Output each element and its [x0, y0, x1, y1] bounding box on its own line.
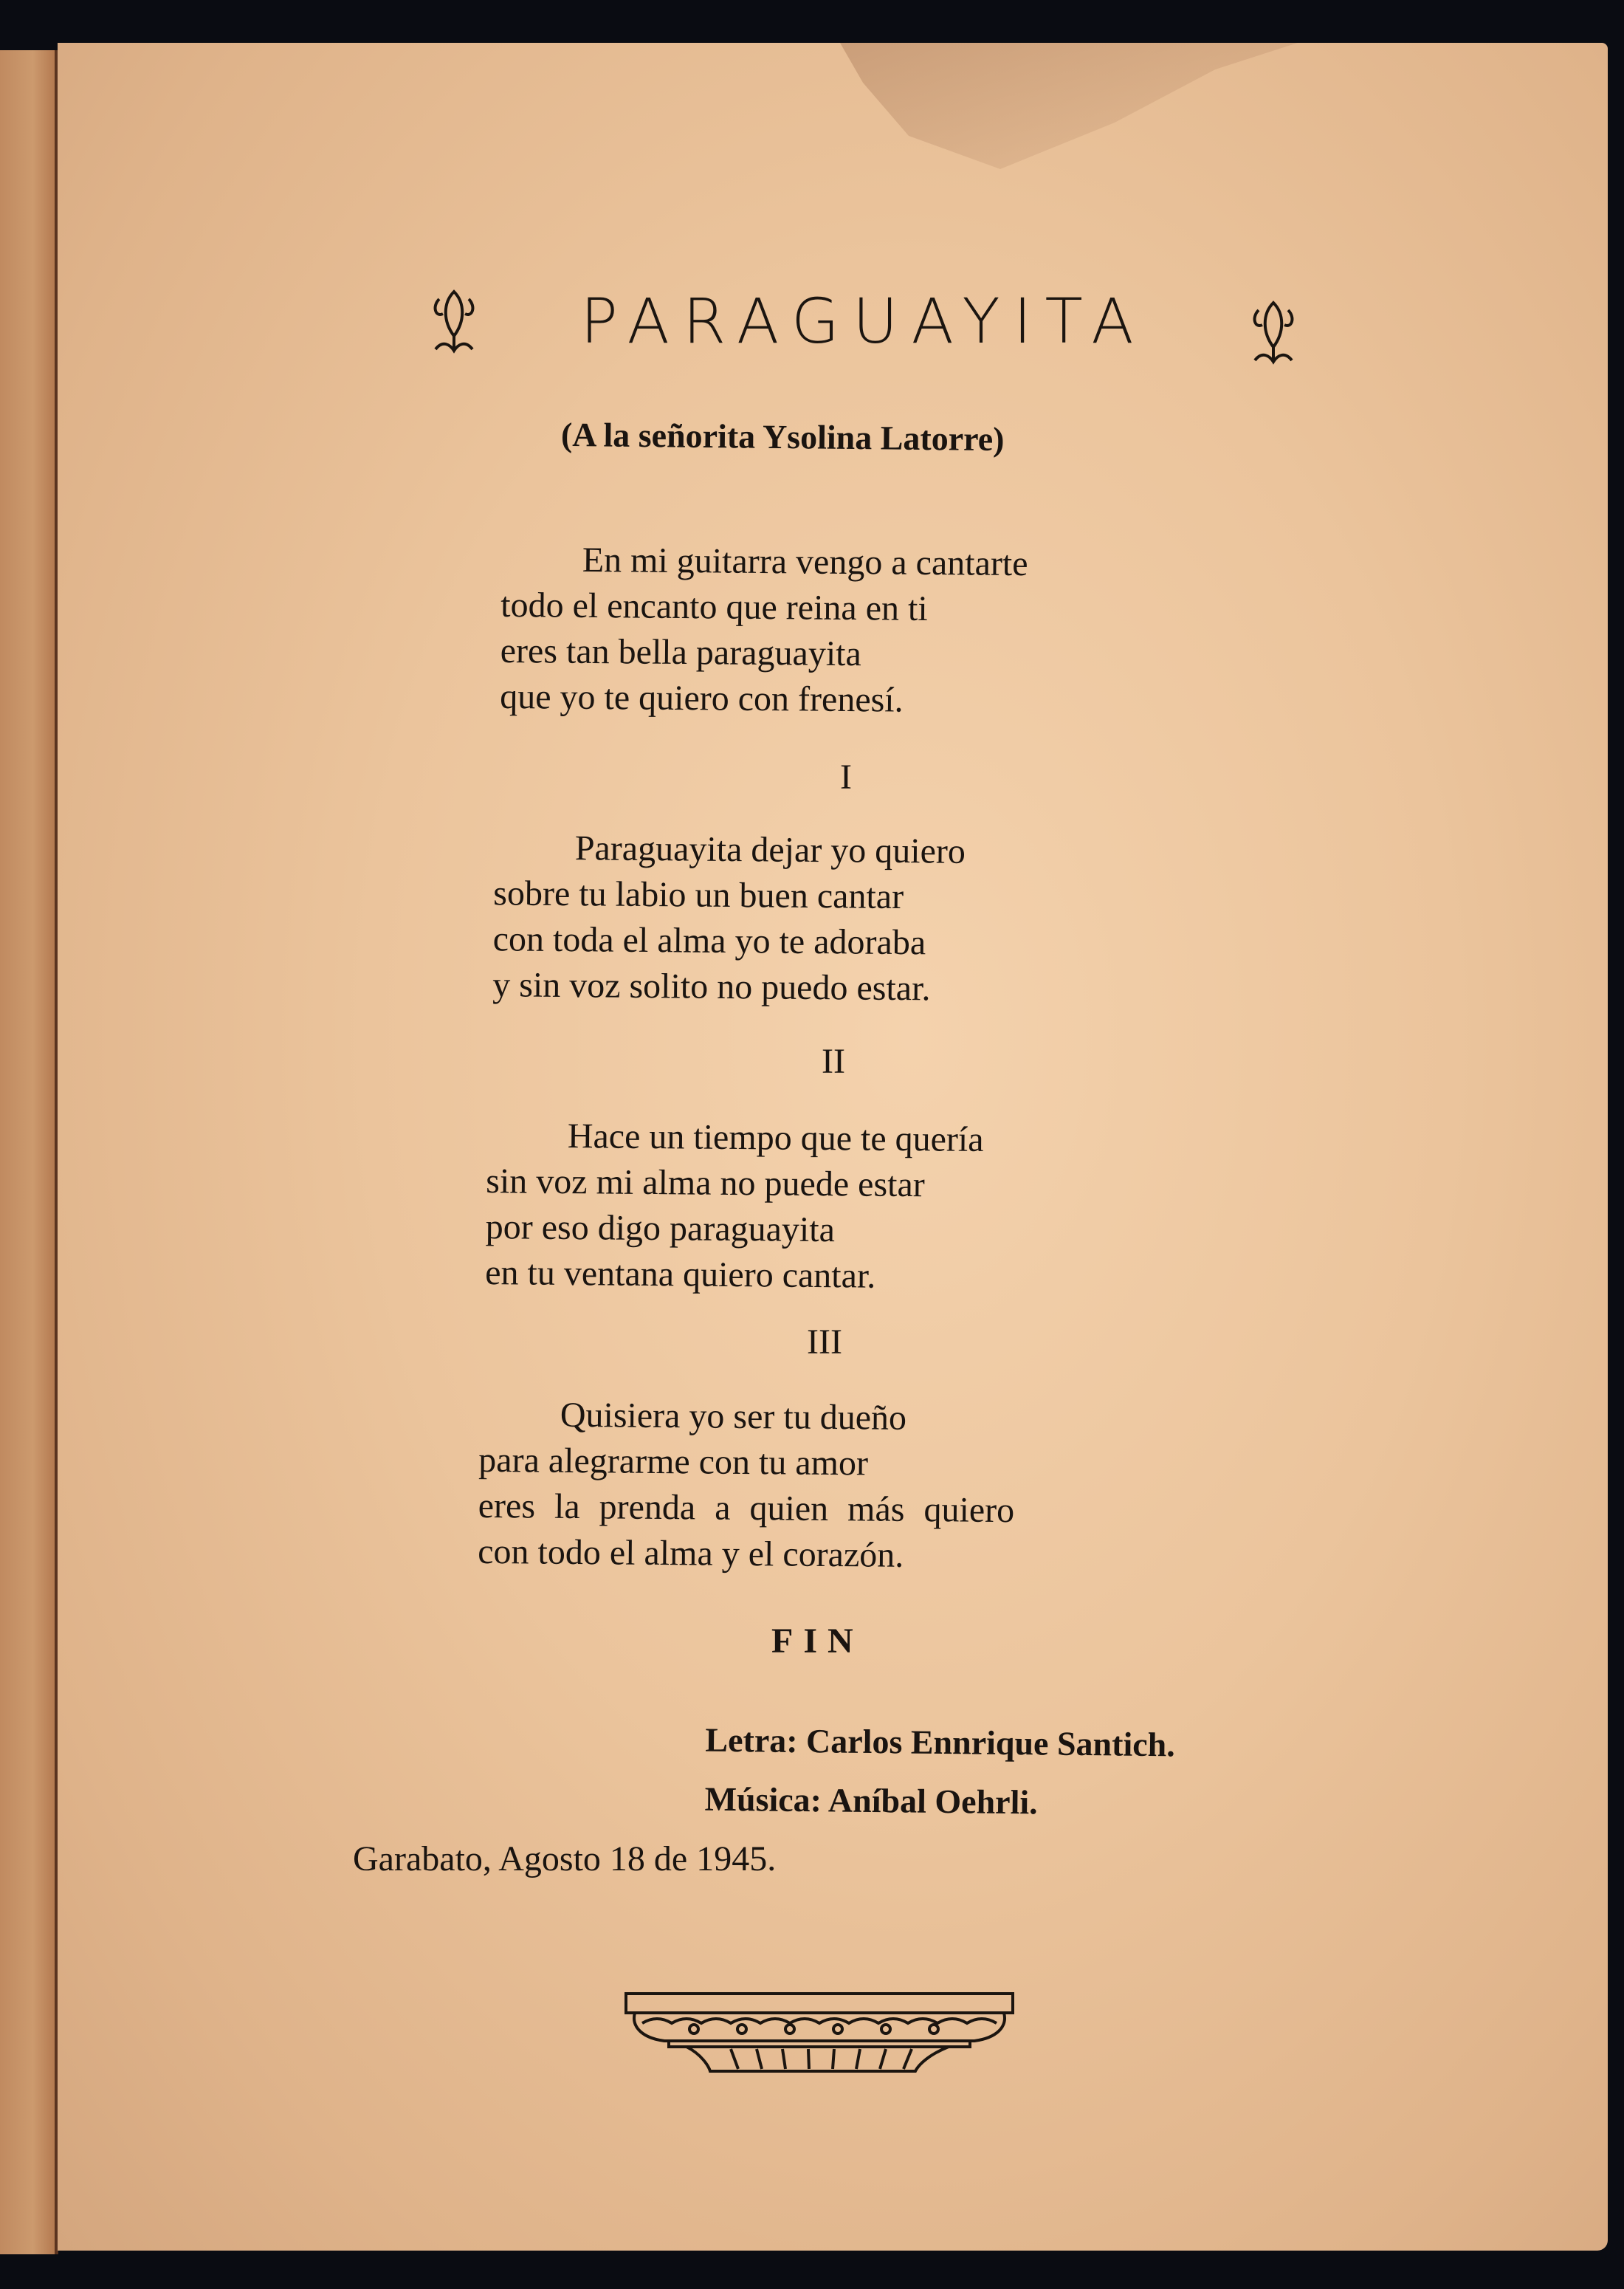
stanza-numeral: II	[822, 1041, 845, 1082]
verse-line: con toda el alma yo te adoraba	[492, 916, 965, 967]
title-row: PARAGUAYITA	[428, 273, 1299, 369]
torn-corner	[840, 43, 1298, 176]
verse-line: y sin voz solito no puedo estar.	[492, 962, 965, 1012]
stanza-intro: En mi guitarra vengo a cantarte todo el …	[500, 537, 1028, 724]
verse-line: todo el encanto que reina en ti	[500, 583, 1028, 633]
poem-title: PARAGUAYITA	[580, 285, 1147, 357]
verse-line: eres tan bella paraguayita	[500, 628, 1027, 679]
credits: Letra: Carlos Ennrique Santich. Música: …	[704, 1711, 1175, 1834]
verse-line: sobre tu labio un buen cantar	[493, 871, 966, 921]
verse-line: con todo el alma y el corazón.	[478, 1529, 1014, 1579]
verse-line: Quisiera yo ser tu dueño	[479, 1392, 1016, 1442]
place-date: Garabato, Agosto 18 de 1945.	[353, 1839, 776, 1879]
stanza-2: Hace un tiempo que te quería sin voz mi …	[485, 1113, 984, 1300]
verse-line: En mi guitarra vengo a cantarte	[501, 537, 1028, 587]
end-mark: FIN	[771, 1621, 864, 1661]
verse-line: en tu ventana quiero cantar.	[485, 1250, 983, 1300]
lyrics-credit: Letra: Carlos Ennrique Santich.	[705, 1711, 1175, 1775]
verse-line: que yo te quiero con frenesí.	[500, 674, 1027, 724]
left-page-edge	[0, 50, 58, 2254]
floral-ornament-icon	[428, 284, 480, 358]
verse-line: eres la prenda a quien más quiero	[478, 1483, 1014, 1534]
verse-line: por eso digo paraguayita	[485, 1204, 983, 1255]
stanza-3: Quisiera yo ser tu dueño para alegrarme …	[478, 1392, 1016, 1579]
capital-cornice-ornament-icon	[620, 1986, 1019, 2075]
stanza-numeral: I	[840, 757, 852, 797]
dedication: (A la señorita Ysolina Latorre)	[561, 415, 1005, 459]
verse-line: para alegrarme con tu amor	[478, 1438, 1015, 1488]
stanza-1: Paraguayita dejar yo quiero sobre tu lab…	[492, 825, 966, 1012]
verse-line: Paraguayita dejar yo quiero	[494, 825, 966, 875]
music-credit: Música: Aníbal Oehrli.	[704, 1770, 1174, 1834]
verse-line: sin voz mi alma no puede estar	[486, 1159, 983, 1209]
floral-ornament-icon	[1248, 295, 1299, 369]
stanza-numeral: III	[807, 1322, 842, 1362]
verse-line: Hace un tiempo que te quería	[486, 1113, 984, 1163]
